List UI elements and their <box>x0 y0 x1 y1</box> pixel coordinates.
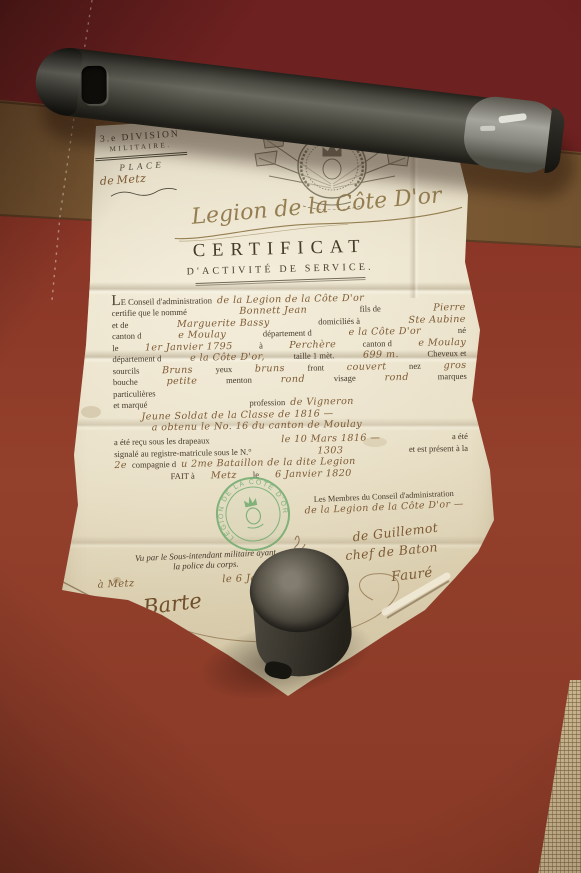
body-print: domiciliés à <box>318 316 360 328</box>
body-hand: Pierre <box>433 302 466 314</box>
body-hand: petite <box>166 376 197 388</box>
place-city: Metz <box>116 172 146 187</box>
visa-place: à Metz <box>97 578 134 591</box>
certificate-body: LE Conseil d'administration de la Legion… <box>111 290 468 483</box>
metal-tube-cap <box>244 544 359 687</box>
body-print: fils de <box>359 304 380 316</box>
body-print: a été <box>452 431 468 443</box>
body-hand: Perchère <box>289 339 336 351</box>
body-print: visage <box>334 373 356 385</box>
body-print: LE Conseil d'administration <box>111 294 212 308</box>
body-hand: bruns <box>255 363 285 375</box>
body-print: nez <box>409 360 421 372</box>
body-print: et est présent à la <box>409 443 468 455</box>
body-print: département d <box>263 328 312 340</box>
body-print: menton <box>226 375 252 387</box>
body-hand: 2e <box>114 460 127 472</box>
body-print: marques <box>438 371 467 383</box>
signature-faure: Fauré <box>390 565 433 586</box>
place-de: de <box>99 174 114 188</box>
admin-council-block: Les Membres du Conseil d'administration … <box>293 488 476 517</box>
body-print: FAIT à <box>170 470 194 482</box>
photo-scene: 3.e DIVISION MILITAIRE. PLACE de Metz <box>0 0 581 873</box>
body-print: taille 1 mèt. <box>293 350 334 362</box>
body-hand: Bonnett Jean <box>239 305 307 318</box>
body-print: yeux <box>215 364 232 376</box>
body-print: compagnie d <box>132 459 176 471</box>
body-print: certifie que le nommé <box>112 307 187 320</box>
body-print: profession <box>249 397 285 409</box>
body-print: et marqué <box>113 400 147 412</box>
body-print: né <box>458 325 466 337</box>
body-print: et de <box>112 320 129 332</box>
body-hand: rond <box>384 372 408 384</box>
body-print: front <box>307 362 324 374</box>
metal-scratch <box>498 113 527 123</box>
body-hand: de Vigneron <box>290 396 354 409</box>
body-hand: e Moulay <box>178 329 226 341</box>
body-hand: Ste Aubine <box>408 314 466 326</box>
spacer <box>152 406 244 408</box>
heading-rule <box>196 277 366 285</box>
body-print: Cheveux et <box>427 348 466 360</box>
body-print: bouche <box>113 377 138 389</box>
body-hand: gros <box>443 360 466 372</box>
body-print: canton d <box>362 338 392 350</box>
body-hand: le 10 Mars 1816 — <box>281 433 380 446</box>
certificate-heading: CERTIFICAT D'ACTIVITÉ DE SERVICE. <box>124 235 435 287</box>
body-print: sourcils <box>113 365 140 377</box>
metal-scratch <box>480 126 495 131</box>
tube-slot-hole <box>82 66 107 104</box>
stamp-squiggle <box>108 185 181 200</box>
body-print: particulières <box>113 388 156 400</box>
body-hand: e Moulay <box>418 337 466 349</box>
body-hand: e la Côte D'or <box>348 326 421 339</box>
body-hand: Marguerite Bassy <box>177 317 270 330</box>
body-print: à <box>259 340 263 352</box>
body-hand: couvert <box>347 361 387 373</box>
body-hand: 1303 <box>317 445 343 457</box>
body-print: département d <box>112 354 161 366</box>
body-hand: a obtenu le No. 16 du canton de Moulay <box>152 419 363 434</box>
body-hand: 699 m. <box>363 349 399 361</box>
body-hand: Bruns <box>162 364 193 376</box>
body-print: canton d <box>112 331 142 343</box>
body-print: le <box>112 343 118 355</box>
body-hand: rond <box>281 374 305 386</box>
